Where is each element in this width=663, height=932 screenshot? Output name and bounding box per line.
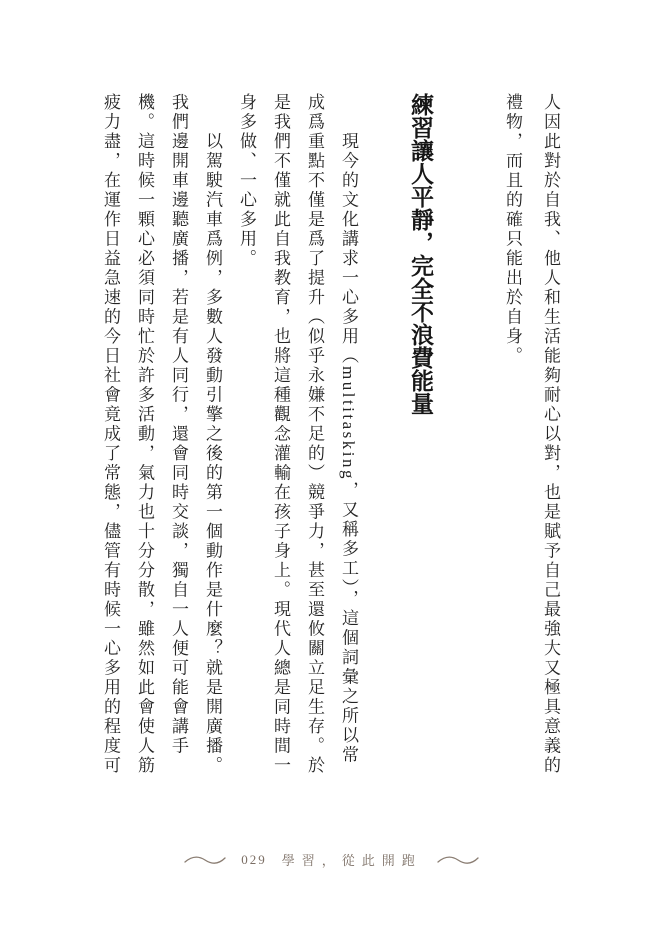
vertical-text-block: 人因此對於自我、他人和生活能夠耐心以對，也是賦予自己最強大又極具意義的禮物，而且… xyxy=(93,93,569,777)
book-page: 人因此對於自我、他人和生活能夠耐心以對，也是賦予自己最強大又極具意義的禮物，而且… xyxy=(0,0,663,932)
page-number: 029 xyxy=(241,852,267,868)
book-title: 學習，從此開跑 xyxy=(282,850,422,869)
section-heading: 練習讓人平靜，完全不浪費能量 xyxy=(405,93,435,777)
opening-paragraph: 人因此對於自我、他人和生活能夠耐心以對，也是賦予自己最強大又極具意義的禮物，而且… xyxy=(493,93,569,777)
wave-left-icon xyxy=(184,854,226,866)
body-paragraph: 現今的文化講求一心多用（multitasking，又稱多工），這個詞彙之所以常成… xyxy=(229,93,365,777)
page-footer: 029 學習，從此開跑 xyxy=(0,850,663,869)
wave-right-icon xyxy=(437,854,479,866)
body-paragraph: 以駕駛汽車爲例，多數人發動引擎之後的第一個動作是什麼？就是開廣播。我們邊開車邊聽… xyxy=(93,93,229,777)
